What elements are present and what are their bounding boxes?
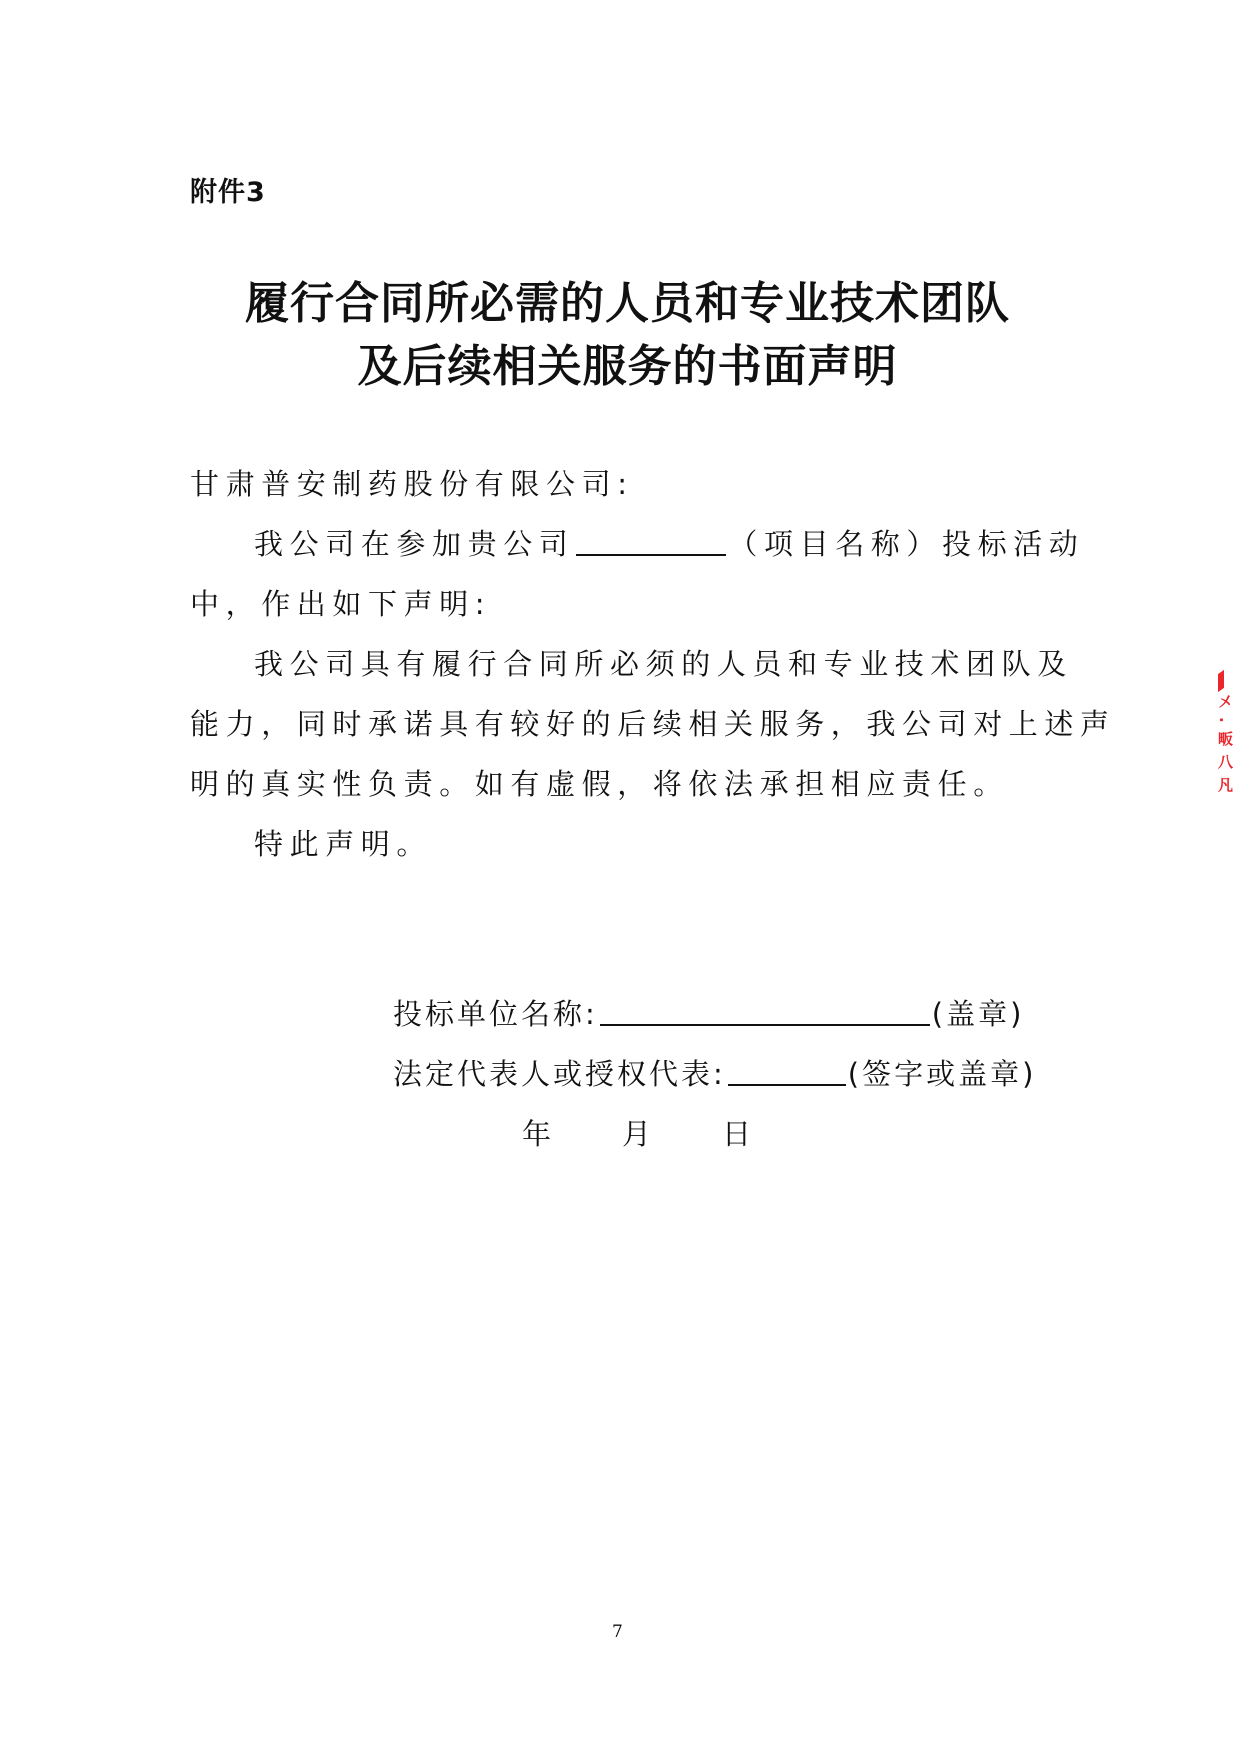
paragraph-2-line-1: 我公司具有履行合同所必须的人员和专业技术团队及 bbox=[254, 650, 1073, 679]
paragraph-2-line-2: 能力，同时承诺具有较好的后续相关服务，我公司对上述声 bbox=[190, 710, 1116, 739]
closing-statement: 特此声明。 bbox=[254, 830, 432, 859]
bidder-seal-note: (盖章) bbox=[932, 997, 1025, 1031]
representative-label: 法定代表人或授权代表: bbox=[393, 1057, 726, 1091]
project-name-blank[interactable] bbox=[576, 552, 726, 556]
document-page: 附件3 履行合同所必需的人员和专业技术团队 及后续相关服务的书面声明 甘肃普安制… bbox=[0, 0, 1239, 1749]
paragraph-1-line-1: 我公司在参加贵公司（项目名称）投标活动 bbox=[254, 530, 1084, 559]
date-year: 年 bbox=[522, 1120, 551, 1149]
bidder-name-row: 投标单位名称:(盖章) bbox=[393, 1000, 1024, 1029]
document-title-line-2: 及后续相关服务的书面声明 bbox=[8, 345, 1239, 389]
attachment-label: 附件3 bbox=[190, 170, 266, 209]
bidder-name-label: 投标单位名称: bbox=[393, 997, 598, 1031]
document-title-line-1: 履行合同所必需的人员和专业技术团队 bbox=[8, 282, 1239, 326]
paragraph-2-line-3: 明的真实性负责。如有虚假，将依法承担相应责任。 bbox=[190, 770, 1009, 799]
paragraph-1-line-2: 中，作出如下声明: bbox=[190, 590, 491, 619]
date-month: 月 bbox=[622, 1120, 651, 1149]
red-seal-stroke-icon bbox=[1218, 670, 1224, 692]
representative-row: 法定代表人或授权代表:(签字或盖章) bbox=[393, 1060, 1036, 1089]
representative-sign-note: (签字或盖章) bbox=[848, 1057, 1037, 1091]
red-seal-fragment: 㐅.畈八凡 bbox=[1216, 694, 1234, 884]
bidder-name-blank[interactable] bbox=[600, 1022, 930, 1026]
paragraph-1-prefix: 我公司在参加贵公司 bbox=[254, 527, 574, 561]
salutation: 甘肃普安制药股份有限公司: bbox=[190, 470, 634, 499]
page-number: 7 bbox=[612, 1622, 623, 1642]
date-day: 日 bbox=[722, 1120, 751, 1149]
representative-blank[interactable] bbox=[728, 1082, 846, 1086]
paragraph-1-suffix: （项目名称）投标活动 bbox=[728, 527, 1084, 561]
